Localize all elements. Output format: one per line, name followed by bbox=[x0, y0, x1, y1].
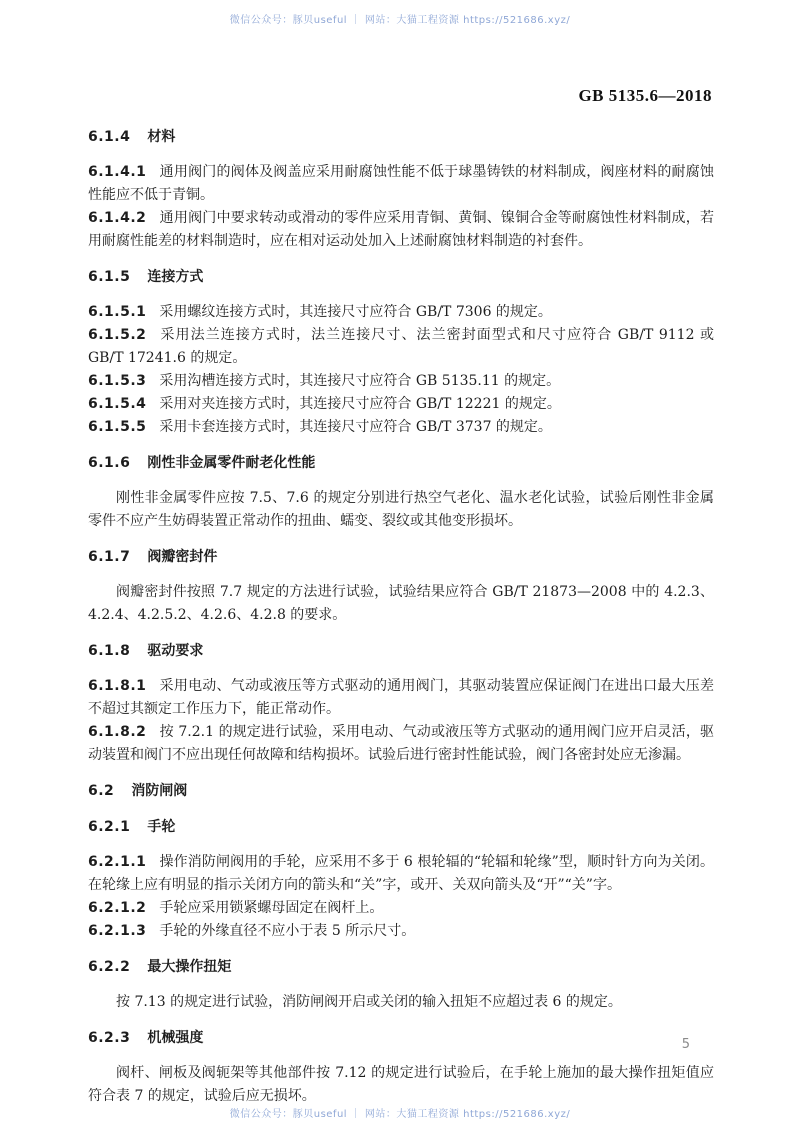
clause-number: 6.2.1 bbox=[88, 819, 130, 835]
clause-text: 手轮的外缘直径不应小于表 5 所示尺寸。 bbox=[159, 923, 415, 939]
clause-text: 采用沟槽连接方式时，其连接尺寸应符合 GB 5135.11 的规定。 bbox=[159, 373, 560, 389]
page-number: 5 bbox=[682, 1037, 690, 1052]
clause-6.1.8.1: 6.1.8.1采用电动、气动或液压等方式驱动的通用阀门，其驱动装置应保证阀门在进… bbox=[88, 675, 714, 721]
section-heading-6.2.3: 6.2.3机械强度 bbox=[88, 1027, 714, 1050]
clause-number: 6.1.8 bbox=[88, 643, 130, 659]
clause-number: 6.1.5.1 bbox=[88, 304, 146, 320]
clause-text: 通用阀门中要求转动或滑动的零件应采用青铜、黄铜、镍铜合金等耐腐蚀性材料制成，若用… bbox=[88, 210, 714, 249]
clause-number: 6.2.1.2 bbox=[88, 900, 146, 916]
clause-6.1.5.3: 6.1.5.3采用沟槽连接方式时，其连接尺寸应符合 GB 5135.11 的规定… bbox=[88, 370, 714, 393]
clause-number: 6.1.7 bbox=[88, 549, 130, 565]
clause-number: 6.2.2 bbox=[88, 959, 130, 975]
clause-6.1.8.2: 6.1.8.2按 7.2.1 的规定进行试验，采用电动、气动或液压等方式驱动的通… bbox=[88, 721, 714, 767]
clause-text: 操作消防闸阀用的手轮，应采用不多于 6 根轮辐的“轮辐和轮缘”型，顺时针方向为关… bbox=[88, 854, 714, 893]
section-title: 材料 bbox=[147, 129, 175, 145]
section-heading-6.1.4: 6.1.4材料 bbox=[88, 126, 714, 149]
clause-number: 6.2.1.3 bbox=[88, 923, 146, 939]
clause-6.1.4.1: 6.1.4.1通用阀门的阀体及阀盖应采用耐腐蚀性能不低于球墨铸铁的材料制成，阀座… bbox=[88, 161, 714, 207]
clause-number: 6.1.4 bbox=[88, 129, 130, 145]
section-title: 连接方式 bbox=[147, 269, 203, 285]
section-heading-6.1.8: 6.1.8驱动要求 bbox=[88, 640, 714, 663]
clause-number: 6.1.8.2 bbox=[88, 724, 146, 740]
section-title: 手轮 bbox=[147, 819, 175, 835]
clause-number: 6.1.8.1 bbox=[88, 678, 146, 694]
section-title: 驱动要求 bbox=[147, 643, 203, 659]
clause-number: 6.1.5.5 bbox=[88, 419, 146, 435]
clause-number: 6.1.6 bbox=[88, 455, 130, 471]
clause-number: 6.2.1.1 bbox=[88, 854, 146, 870]
clause-6.2.1.1: 6.2.1.1操作消防闸阀用的手轮，应采用不多于 6 根轮辐的“轮辐和轮缘”型，… bbox=[88, 851, 714, 897]
section-title: 阀瓣密封件 bbox=[147, 549, 217, 565]
clause-number: 6.2 bbox=[88, 783, 114, 799]
body-paragraph: 阀瓣密封件按照 7.7 规定的方法进行试验，试验结果应符合 GB/T 21873… bbox=[88, 581, 714, 627]
clause-6.1.5.1: 6.1.5.1采用螺纹连接方式时，其连接尺寸应符合 GB/T 7306 的规定。 bbox=[88, 301, 714, 324]
clause-6.2.1.2: 6.2.1.2手轮应采用锁紧螺母固定在阀杆上。 bbox=[88, 897, 714, 920]
section-heading-6.1.5: 6.1.5连接方式 bbox=[88, 266, 714, 289]
section-heading-6.1.7: 6.1.7阀瓣密封件 bbox=[88, 546, 714, 569]
clause-6.2.1.3: 6.2.1.3手轮的外缘直径不应小于表 5 所示尺寸。 bbox=[88, 920, 714, 943]
section-heading-6.2.1: 6.2.1手轮 bbox=[88, 816, 714, 839]
clause-text: 通用阀门的阀体及阀盖应采用耐腐蚀性能不低于球墨铸铁的材料制成，阀座材料的耐腐蚀性… bbox=[88, 164, 714, 203]
section-title: 机械强度 bbox=[147, 1030, 203, 1046]
clause-number: 6.1.5.4 bbox=[88, 396, 146, 412]
clause-text: 采用螺纹连接方式时，其连接尺寸应符合 GB/T 7306 的规定。 bbox=[159, 304, 552, 320]
clause-number: 6.1.5.3 bbox=[88, 373, 146, 389]
clause-text: 采用对夹连接方式时，其连接尺寸应符合 GB/T 12221 的规定。 bbox=[159, 396, 560, 412]
clause-number: 6.2.3 bbox=[88, 1030, 130, 1046]
clause-number: 6.1.4.1 bbox=[88, 164, 146, 180]
body-paragraph: 按 7.13 的规定进行试验，消防闸阀开启或关闭的输入扭矩不应超过表 6 的规定… bbox=[88, 991, 714, 1014]
clause-text: 手轮应采用锁紧螺母固定在阀杆上。 bbox=[159, 900, 383, 916]
clause-6.1.5.4: 6.1.5.4采用对夹连接方式时，其连接尺寸应符合 GB/T 12221 的规定… bbox=[88, 393, 714, 416]
section-heading-6.1.6: 6.1.6刚性非金属零件耐老化性能 bbox=[88, 452, 714, 475]
body-paragraph: 刚性非金属零件应按 7.5、7.6 的规定分别进行热空气老化、温水老化试验，试验… bbox=[88, 487, 714, 533]
body-paragraph: 阀杆、闸板及阀轭架等其他部件按 7.12 的规定进行试验后，在手轮上施加的最大操… bbox=[88, 1062, 714, 1108]
clause-text: 采用法兰连接方式时，法兰连接尺寸、法兰密封面型式和尺寸应符合 GB/T 9112… bbox=[88, 327, 714, 366]
clause-6.1.5.5: 6.1.5.5采用卡套连接方式时，其连接尺寸应符合 GB/T 3737 的规定。 bbox=[88, 416, 714, 439]
clause-number: 6.1.4.2 bbox=[88, 210, 146, 226]
standard-number: GB 5135.6—2018 bbox=[578, 86, 712, 106]
clause-6.1.5.2: 6.1.5.2采用法兰连接方式时，法兰连接尺寸、法兰密封面型式和尺寸应符合 GB… bbox=[88, 324, 714, 370]
watermark-top: 微信公众号：豚贝useful ｜ 网站：大猫工程资源 https://52168… bbox=[0, 11, 800, 26]
scanned-standard-page: { "watermark": { "top": "微信公众号：豚贝useful … bbox=[0, 0, 800, 1132]
section-title: 最大操作扭矩 bbox=[147, 959, 231, 975]
section-heading-6.2.2: 6.2.2最大操作扭矩 bbox=[88, 956, 714, 979]
section-title: 消防闸阀 bbox=[131, 783, 187, 799]
clause-number: 6.1.5.2 bbox=[88, 327, 146, 343]
clause-6.1.4.2: 6.1.4.2通用阀门中要求转动或滑动的零件应采用青铜、黄铜、镍铜合金等耐腐蚀性… bbox=[88, 207, 714, 253]
clause-text: 按 7.2.1 的规定进行试验，采用电动、气动或液压等方式驱动的通用阀门应开启灵… bbox=[88, 724, 714, 763]
clause-number: 6.1.5 bbox=[88, 269, 130, 285]
clause-text: 采用电动、气动或液压等方式驱动的通用阀门，其驱动装置应保证阀门在进出口最大压差不… bbox=[88, 678, 714, 717]
section-heading-6.2: 6.2消防闸阀 bbox=[88, 780, 714, 803]
clause-text: 采用卡套连接方式时，其连接尺寸应符合 GB/T 3737 的规定。 bbox=[159, 419, 552, 435]
section-title: 刚性非金属零件耐老化性能 bbox=[147, 455, 315, 471]
document-content: 6.1.4材料6.1.4.1通用阀门的阀体及阀盖应采用耐腐蚀性能不低于球墨铸铁的… bbox=[88, 126, 714, 1108]
watermark-bottom: 微信公众号：豚贝useful ｜ 网站：大猫工程资源 https://52168… bbox=[0, 1105, 800, 1120]
